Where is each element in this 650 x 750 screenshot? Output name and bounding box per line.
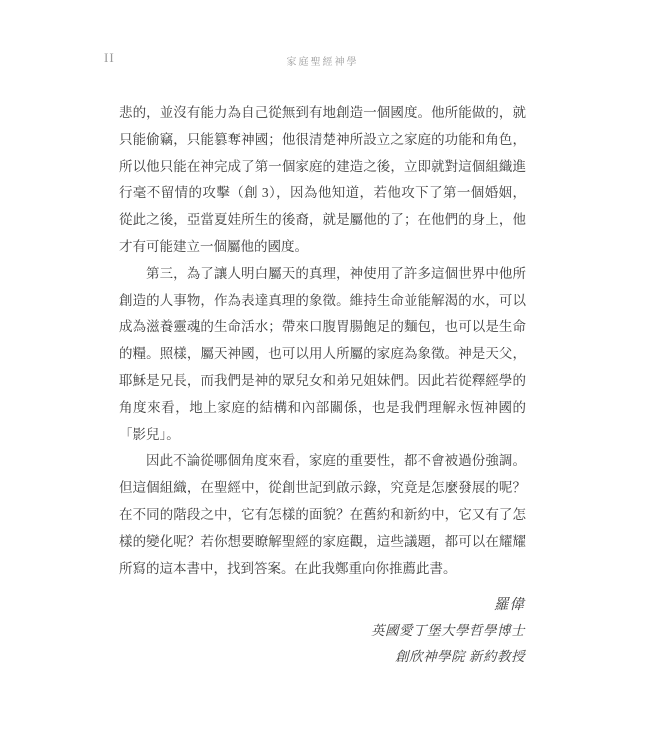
body-text: 悲的，並沒有能力為自己從無到有地創造一個國度。他所能做的，就只能偷竊，只能篡奪神… — [119, 100, 526, 582]
running-title: 家庭聖經神學 — [119, 53, 526, 68]
book-page: II 家庭聖經神學 悲的，並沒有能力為自己從無到有地創造一個國度。他所能做的，就… — [0, 0, 650, 750]
paragraph-third-point: 第三，為了讓人明白屬天的真理，神使用了許多這個世界中他所創造的人事物，作為表達真… — [119, 261, 526, 449]
signature-credential-position: 創欣神學院 新約教授 — [371, 644, 525, 670]
page-number: II — [104, 50, 115, 66]
signature-name: 羅偉 — [371, 592, 525, 618]
paragraph-conclusion: 因此不論從哪個角度來看，家庭的重要性，都不會被過份強調。但這個組織，在聖經中，從… — [119, 448, 526, 582]
signature-credential-degree: 英國愛丁堡大學哲學博士 — [371, 618, 525, 644]
paragraph-continuation: 悲的，並沒有能力為自己從無到有地創造一個國度。他所能做的，就只能偷竊，只能篡奪神… — [119, 100, 526, 261]
signature-block: 羅偉 英國愛丁堡大學哲學博士 創欣神學院 新約教授 — [371, 592, 525, 670]
page-header: II 家庭聖經神學 — [104, 50, 526, 68]
